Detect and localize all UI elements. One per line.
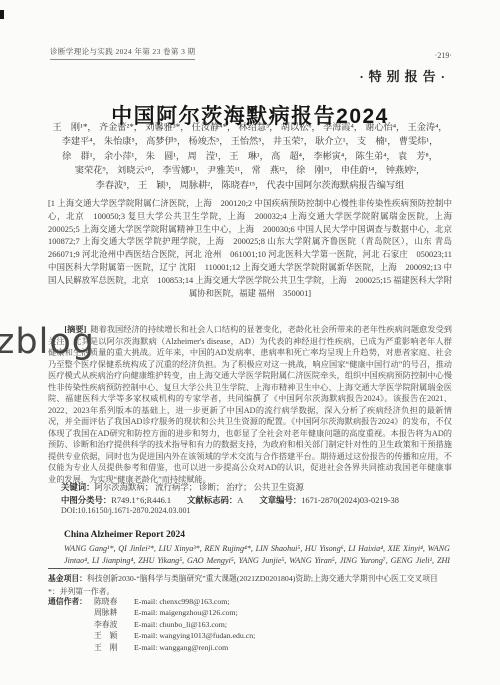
section-label: ·特别报告· [359, 66, 450, 85]
abstract-text: 随着我国经济的持续增长和社会人口结构的显著变化，老龄化社会所带来的老年性疾病问题… [48, 325, 452, 484]
correspondent-name: 陈晓春 [94, 596, 134, 607]
funding-text: 科技创新2030-“脑科学与类脑研究”重大课题(2021ZD0201804)资助… [87, 574, 438, 583]
journal-page: 诊断学理论与实践 2024 年第 23 卷第 3 期 ·219· ·特别报告· … [0, 0, 500, 685]
author-line: 李建平⁴， 朱怡康⁵， 高梦伊⁵， 杨竣杰⁵， 王怡然⁵， 井玉荣⁷， 耿介立¹… [46, 134, 454, 148]
abstract: [摘要]随着我国经济的持续增长和社会人口结构的显著变化，老龄化社会所带来的老年性… [48, 324, 452, 486]
keywords-label: 关键词： [61, 483, 95, 492]
correspondent-email: E-mail: wanggang@renji.com [134, 642, 460, 653]
keywords-text: 阿尔茨海默病； 流行病学； 诊断； 治疗； 公共卫生资源 [95, 483, 304, 492]
correspondent-row: 周脉耕 E-mail: maigengzhou@126.com; [48, 607, 460, 618]
watermark: zblog [0, 322, 95, 362]
affiliations: [1 上海交通大学医学院附属仁济医院，上海 200120;2 中国疾病预防控制中… [48, 198, 452, 315]
page-header: 诊断学理论与实践 2024 年第 23 卷第 3 期 ·219· [50, 46, 452, 60]
correspondent-email: E-mail: chunbo_li@163.com; [134, 619, 460, 630]
correspondent-row: 王 颖 E-mail: wangying1013@fudan.edu.cn; [48, 630, 460, 641]
correspondent-row: 李春波 E-mail: chunbo_li@163.com; [48, 619, 460, 630]
correspondent-name: 周脉耕 [94, 607, 134, 618]
author-line: 李春波⁵， 王 颖³， 周脉耕²， 陈晓春¹⁵， 代表中国阿尔茨海默病报告编写组 [46, 178, 454, 192]
funding-label: 基金项目： [48, 574, 87, 583]
author-line: 王 刚¹*， 齐金蕾²*， 刘馨雅³*， 任汝静⁴*， 林绍慧⁵， 胡以松⁶， … [46, 120, 454, 134]
page-number: ·219· [435, 51, 452, 60]
correspondents-block: 通信作者： 陈晓春 E-mail: chenxc998@163.com; 周脉耕… [48, 596, 460, 653]
corresponding-label-spacer [48, 607, 94, 618]
author-line: 徐 群¹， 余小萍¹， 朱 圆¹， 周 滢¹， 王 琳¹， 高 超⁴， 李彬寅⁴… [46, 149, 454, 163]
corresponding-label-spacer [48, 630, 94, 641]
correspondent-email: E-mail: maigengzhou@126.com; [134, 607, 460, 618]
correspondent-name: 王 颖 [94, 630, 134, 641]
keywords-line: 关键词：阿尔茨海默病； 流行病学； 诊断； 治疗； 公共卫生资源 [48, 481, 452, 493]
journal-masthead: 诊断学理论与实践 2024 年第 23 卷第 3 期 [50, 46, 195, 60]
correspondent-name: 李春波 [94, 619, 134, 630]
correspondent-row: 王 刚 E-mail: wanggang@renji.com [48, 642, 460, 653]
article-id-label: 文章编号： [259, 496, 301, 505]
doc-code-label: 文献标志码： [187, 496, 237, 505]
classification-line: 中图分类号：R749.1⁺6;R446.1文献标志码：A文章编号：1671-28… [48, 494, 452, 506]
correspondent-email: E-mail: chenxc998@163.com; [134, 596, 460, 607]
scan-edge-mark [0, 10, 4, 19]
corresponding-label: 通信作者： [48, 596, 94, 607]
english-title: China Alzheimer Report 2024 [64, 530, 452, 540]
correspondent-row: 通信作者： 陈晓春 E-mail: chenxc998@163.com; [48, 596, 460, 607]
english-author-list: WANG Gang¹*, QI Jinlei²*, LIU Xinya³*, R… [64, 543, 450, 569]
author-list: 王 刚¹*， 齐金蕾²*， 刘馨雅³*， 任汝静⁴*， 林绍慧⁵， 胡以松⁶， … [46, 120, 454, 194]
clc-value: R749.1⁺6;R446.1 [111, 496, 171, 505]
doc-code-value: A [237, 496, 243, 505]
article-id-value: 1671-2870(2024)03-0219-38 [301, 496, 399, 505]
clc-label: 中图分类号： [61, 496, 111, 505]
corresponding-label-spacer [48, 619, 94, 630]
correspondent-email: E-mail: wangying1013@fudan.edu.cn; [134, 630, 460, 641]
doi: DOI:10.16150/j.1671-2870.2024.03.001 [48, 506, 452, 515]
corresponding-label-spacer [48, 642, 94, 653]
correspondent-name: 王 刚 [94, 642, 134, 653]
funding-note: 基金项目：科技创新2030-“脑科学与类脑研究”重大课题(2021ZD02018… [48, 574, 452, 585]
author-line: 窦荣花⁹， 刘晓云¹⁰， 李雪娜¹¹， 尹雅芙¹¹， 常 燕¹²， 徐 刚¹³，… [46, 163, 454, 177]
footnote-divider [48, 568, 220, 569]
